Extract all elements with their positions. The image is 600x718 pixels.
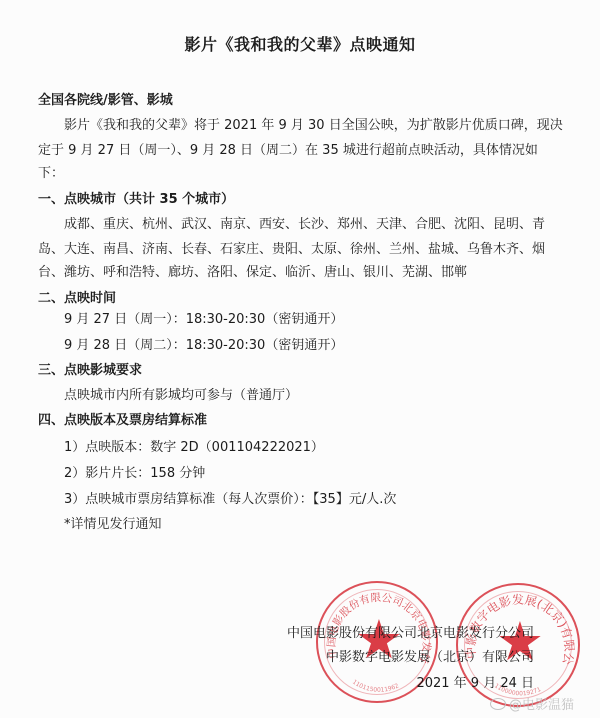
issue-date: 2021 年 9 月 24 日 [416,672,534,691]
issuer-1: 中国电影股份有限公司北京电影发行分公司 [287,622,534,641]
intro-line-1: 影片《我和我的父辈》将于 2021 年 9 月 30 日全国公映，为扩散影片优质… [64,116,563,136]
issuer-2: 中影数字电影发展（北京）有限公司 [326,646,534,665]
city-list-line-1: 成都、重庆、杭州、武汉、南京、西安、长沙、郑州、天津、合肥、沈阳、昆明、青 [64,215,545,235]
city-list-line-3: 台、潍坊、呼和浩特、廊坊、洛阳、保定、临沂、唐山、银川、芜湖、邯郸 [38,263,467,283]
section-1-heading: 一、点映城市（共计 35 个城市） [38,190,234,210]
section-3-heading: 三、点映影城要求 [38,361,142,381]
weibo-icon [490,698,506,710]
time-line-2: 9 月 28 日（周二）：18:30-20:30（密钥通开） [64,336,343,356]
watermark-text: @电影温猫 [509,694,574,713]
weibo-watermark: @电影温猫 [490,694,574,713]
intro-line-3: 下： [38,164,64,184]
settlement-line: 3）点映城市票房结算标准（每人次票价）：【35】元/人.次 [64,490,396,510]
time-line-1: 9 月 27 日（周一）：18:30-20:30（密钥通开） [64,310,343,330]
city-list-line-2: 岛、大连、南昌、济南、长春、石家庄、贵阳、太原、徐州、兰州、盐城、乌鲁木齐、烟 [38,240,545,260]
theater-requirement-line: 点映城市内所有影城均可参与（普通厅） [64,386,298,406]
recipient-line: 全国各院线/影管、影城 [38,91,173,111]
details-note-line: *详情见发行通知 [64,515,162,535]
document-title: 影片《我和我的父辈》点映通知 [0,32,600,55]
svg-text:1101150011962: 1101150011962 [351,679,400,694]
runtime-line: 2）影片片长：158 分钟 [64,464,205,484]
section-4-heading: 四、点映版本及票房结算标准 [38,411,207,431]
version-line: 1）点映版本：数字 2D（001104222021） [64,438,324,458]
intro-line-2: 定于 9 月 27 日（周一）、9 月 28 日（周二）在 35 城进行超前点映… [38,141,538,161]
notice-document: 影片《我和我的父辈》点映通知 全国各院线/影管、影城 影片《我和我的父辈》将于 … [0,0,600,718]
section-2-heading: 二、点映时间 [38,289,116,309]
